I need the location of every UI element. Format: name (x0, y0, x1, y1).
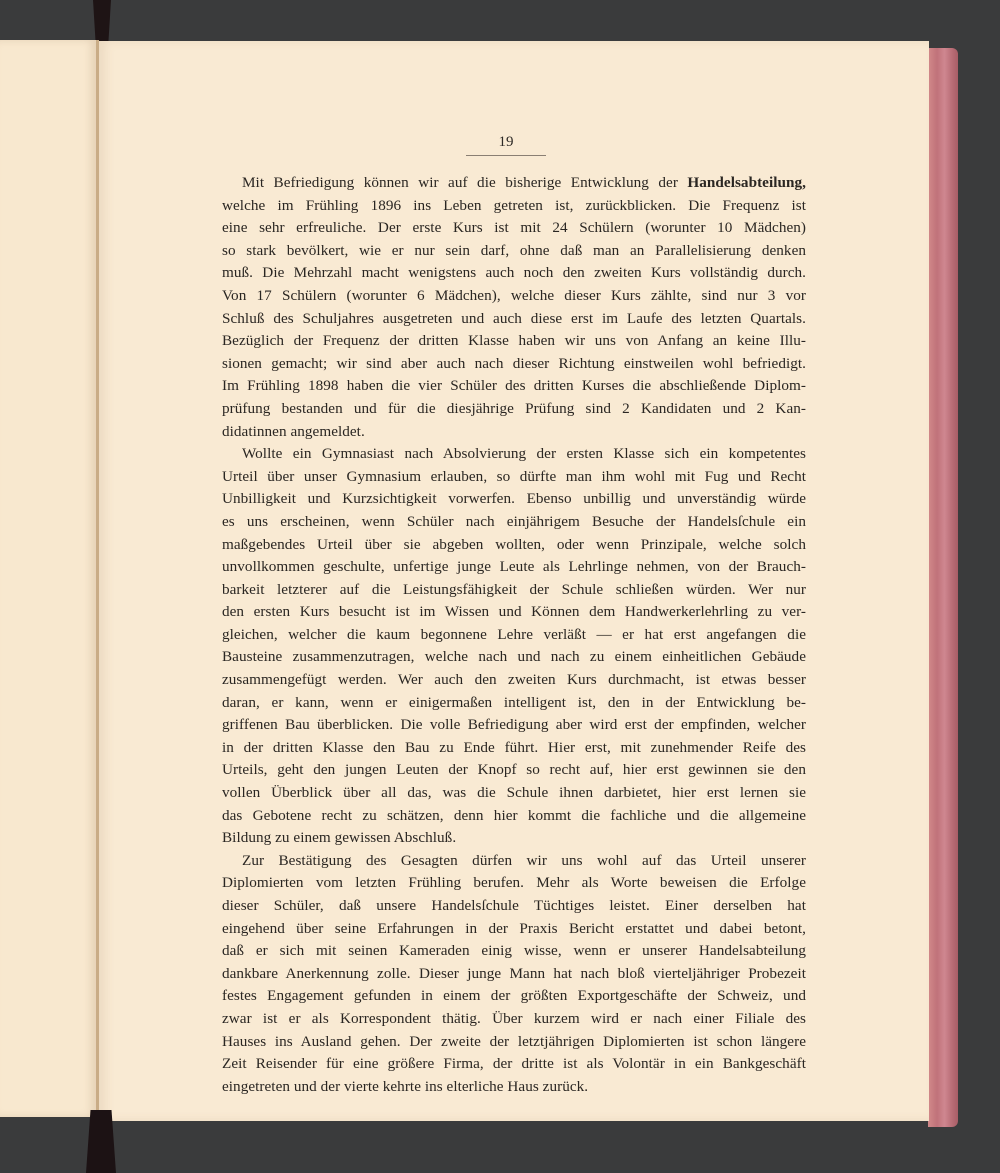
page-number: 19 (466, 134, 546, 151)
text-line: den ersten Kurs besucht ist im Wissen un… (222, 601, 806, 624)
text-line: Urteil über unser Gymnasium erlauben, so… (222, 466, 806, 489)
left-page (0, 40, 97, 1117)
text-line: Bausteine zusammenzutragen, welche nach … (222, 646, 806, 669)
text-line: dankbare Anerkennung zolle. Dieser junge… (222, 963, 806, 986)
text-line: es uns erscheinen, wenn Schüler nach ein… (222, 511, 806, 534)
text-line: barkeit letzterer auf die Leistungsfähig… (222, 579, 806, 602)
bold-term: Handelsabteilung, (687, 174, 806, 191)
text-line: zwar ist er als Korrespondent thätig. Üb… (222, 1008, 806, 1031)
text-line: eine sehr erfreuliche. Der erste Kurs is… (222, 217, 806, 240)
text-line: Mit Befriedigung können wir auf die bish… (222, 172, 806, 195)
text-line: Wollte ein Gymnasiast nach Absolvierung … (222, 443, 806, 466)
text-line: Bezüglich der Frequenz der dritten Klass… (222, 330, 806, 353)
text-line: didatinnen angemeldet. (222, 421, 806, 444)
text-line: Bildung zu einem gewissen Abschluß. (222, 827, 806, 850)
text-line: daran, er kann, wenn er einigermaßen int… (222, 692, 806, 715)
text-line: in der dritten Klasse den Bau zu Ende fü… (222, 737, 806, 760)
text-line: vollen Überblick über all das, was die S… (222, 782, 806, 805)
text-line: daß er sich mit seinen Kameraden einig w… (222, 940, 806, 963)
text-line: festes Engagement gefunden in einem der … (222, 985, 806, 1008)
text-line: unvollkommen geschulte, unfertige junge … (222, 556, 806, 579)
text-line: muß. Die Mehrzahl macht wenigstens auch … (222, 262, 806, 285)
page-number-rule (466, 155, 546, 156)
text-line: dieser Schüler, daß unsere Handelsſchule… (222, 895, 806, 918)
paragraph-handelsabteilung: Mit Befriedigung können wir auf die bish… (222, 172, 806, 443)
paragraph-diplomierten: Zur Bestätigung des Gesagten dürfen wir … (222, 850, 806, 1099)
text-line: Zeit Reisender für eine größere Firma, d… (222, 1053, 806, 1076)
text-line: gleichen, welcher die kaum begonnene Leh… (222, 624, 806, 647)
text-line: Zur Bestätigung des Gesagten dürfen wir … (222, 850, 806, 873)
text-line: so stark bevölkert, wie er nur sein darf… (222, 240, 806, 263)
text-line: Unbilligkeit und Kurzsichtigkeit vorwerf… (222, 488, 806, 511)
bookmark-ribbon-bottom (86, 1110, 116, 1173)
text-run: Mit Befriedigung können wir auf die bish… (242, 174, 687, 191)
text-line: Urteils, geht den jungen Leuten der Knop… (222, 759, 806, 782)
text-line: maßgebendes Urteil über sie abgeben woll… (222, 534, 806, 557)
text-line: das Gebotene recht zu schätzen, denn hie… (222, 805, 806, 828)
text-line: zusammengefügt werden. Wer auch den zwei… (222, 669, 806, 692)
text-line: griffenen Bau überblicken. Die volle Bef… (222, 714, 806, 737)
text-line: Diplomierten vom letzten Frühling berufe… (222, 872, 806, 895)
text-line: Von 17 Schülern (worunter 6 Mädchen), we… (222, 285, 806, 308)
text-line: Hauses ins Ausland gehen. Der zweite der… (222, 1031, 806, 1054)
paragraph-gymnasiast: Wollte ein Gymnasiast nach Absolvierung … (222, 443, 806, 850)
text-line: welche im Frühling 1896 ins Leben getret… (222, 195, 806, 218)
text-line: Im Frühling 1898 haben die vier Schüler … (222, 375, 806, 398)
text-line: prüfung bestanden und für die diesjährig… (222, 398, 806, 421)
bookmark-ribbon-top (93, 0, 111, 44)
text-line: eingetreten und der vierte kehrte ins el… (222, 1076, 806, 1099)
body-text: Mit Befriedigung können wir auf die bish… (222, 172, 806, 1098)
text-line: sionen gemacht; wir sind aber auch nach … (222, 353, 806, 376)
text-line: Schluß des Schuljahres ausgetreten und a… (222, 308, 806, 331)
page-edge-red (928, 48, 958, 1127)
text-line: eingehend über seine Erfahrungen in der … (222, 918, 806, 941)
